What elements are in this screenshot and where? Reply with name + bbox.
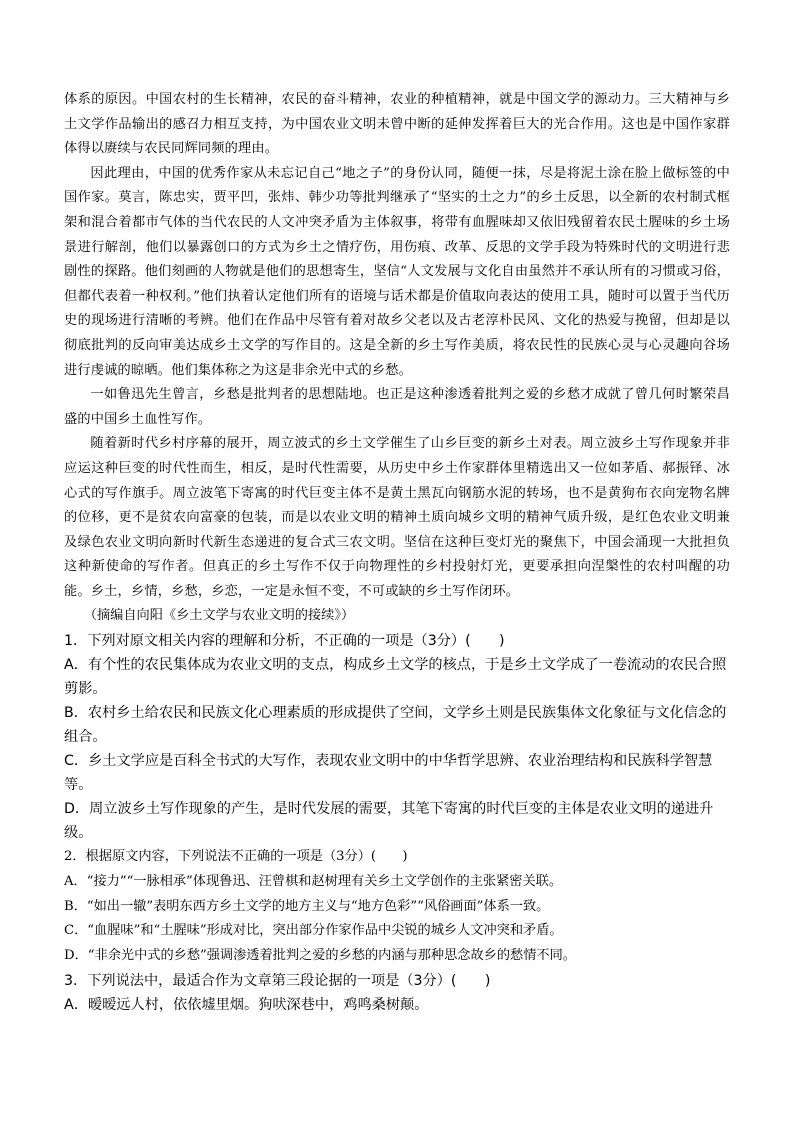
question-1: 1．下列对原文相关内容的理解和分析，不正确的一项是（3分）( ) A．有个性的农…	[64, 629, 730, 845]
question-1-option-d: D．周立波乡土写作现象的产生，是时代发展的需要，其笔下寄寓的时代巨变的主体是农业…	[64, 797, 730, 845]
passage-source: （摘编自向阳《乡土文学与农业文明的接续》）	[64, 604, 730, 629]
question-1-option-c: C．乡土文学应是百科全书式的大写作，表现农业文明中的中华哲学思辨、农业治理结构和…	[64, 749, 730, 797]
passage-paragraph-1: 体系的原因。中国农村的生长精神，农民的奋斗精神，农业的种植精神，就是中国文学的源…	[64, 88, 730, 162]
question-1-option-b: B．农村乡土给农民和民族文化心理素质的形成提供了空间，文学乡土则是民族集体文化象…	[64, 701, 730, 749]
passage-paragraph-2: 因此理由，中国的优秀作家从未忘记自己“地之子”的身份认同，随便一抹，尽是将泥土涂…	[64, 162, 730, 383]
question-2: 2．根据原文内容，下列说法不正确的一项是（3分）( ) A．“接力”“一脉相承”…	[64, 845, 730, 969]
question-3-option-a: A．暧暧远人村，依依墟里烟。狗吠深巷中，鸡鸣桑树颠。	[64, 993, 730, 1017]
question-2-option-a: A．“接力”“一脉相承”体现鲁迅、汪曾棋和赵树理有关乡土文学创作的主张紧密关联。	[64, 870, 730, 895]
question-1-option-a: A．有个性的农民集体成为农业文明的支点，构成乡土文学的核点，于是乡土文学成了一卷…	[64, 653, 730, 701]
question-2-option-b: B．“如出一辙”表明东西方乡土文学的地方主义与“地方色彩”“风俗画面”体系一致。	[64, 895, 730, 920]
reading-passage: 体系的原因。中国农村的生长精神，农民的奋斗精神，农业的种植精神，就是中国文学的源…	[64, 88, 730, 604]
exam-page: 体系的原因。中国农村的生长精神，农民的奋斗精神，农业的种植精神，就是中国文学的源…	[64, 88, 730, 1017]
question-2-option-c: C．“血腥味”和“土腥味”形成对比，突出部分作家作品中尖锐的城乡人文冲突和矛盾。	[64, 919, 730, 944]
questions-section: 1．下列对原文相关内容的理解和分析，不正确的一项是（3分）( ) A．有个性的农…	[64, 629, 730, 1017]
passage-paragraph-4: 随着新时代乡村序幕的展开，周立波式的乡土文学催生了山乡巨变的新乡土对表。周立波乡…	[64, 432, 730, 604]
question-3-stem: 3．下列说法中，最适合作为文章第三段论据的一项是（3分）( )	[64, 969, 730, 993]
question-2-option-d: D．“非余光中式的乡愁”强调渗透着批判之爱的乡愁的内涵与那种思念故乡的愁情不同。	[64, 944, 730, 969]
question-1-stem: 1．下列对原文相关内容的理解和分析，不正确的一项是（3分）( )	[64, 629, 730, 653]
question-2-stem: 2．根据原文内容，下列说法不正确的一项是（3分）( )	[64, 845, 730, 870]
passage-paragraph-3: 一如鲁迅先生曾言，乡愁是批判者的思想陆地。也正是这种渗透着批判之爱的乡愁才成就了…	[64, 383, 730, 432]
question-3: 3．下列说法中，最适合作为文章第三段论据的一项是（3分）( ) A．暧暧远人村，…	[64, 969, 730, 1017]
